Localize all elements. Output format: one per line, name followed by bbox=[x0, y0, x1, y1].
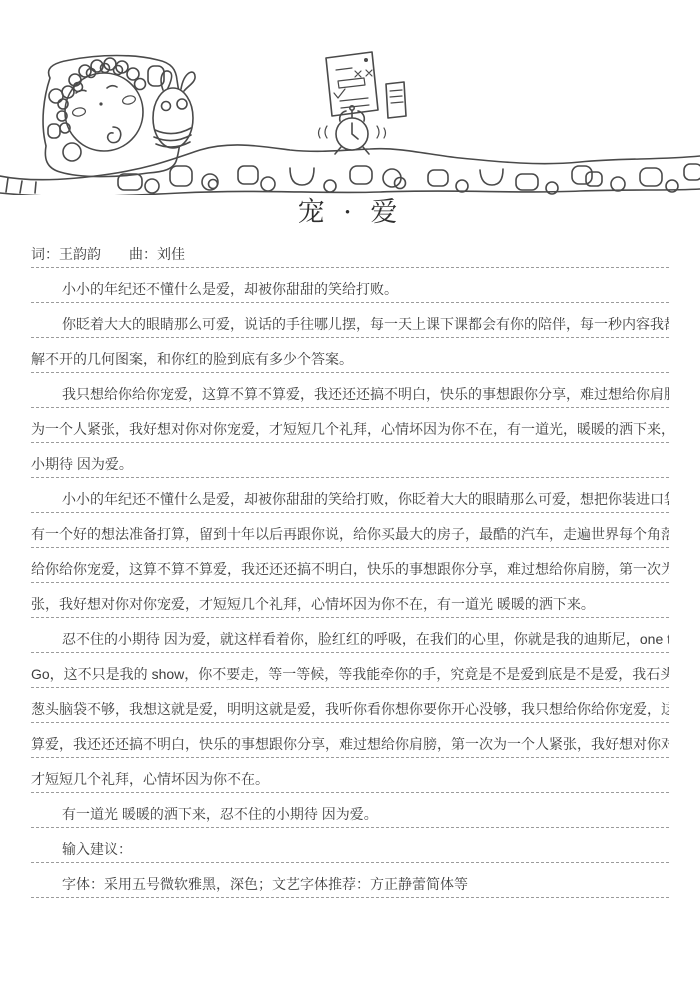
header-illustration bbox=[0, 0, 700, 195]
lyric-line: 小小的年纪还不懂什么是爱，却被你甜甜的笑给打败。 bbox=[31, 268, 669, 303]
lyric-line: 你眨着大大的眼睛那么可爱，说话的手往哪儿摆，每一天上课下课都会有你的陪伴，每一秒… bbox=[31, 303, 669, 338]
lyrics-sheet: 词：王韵韵 曲：刘佳 小小的年纪还不懂什么是爱，却被你甜甜的笑给打败。你眨着大大… bbox=[0, 233, 700, 898]
lyric-line: 才短短几个礼拜，心情坏因为你不在。 bbox=[31, 758, 669, 793]
lyric-line: 有一道光 暖暖的洒下来，忍不住的小期待 因为爱。 bbox=[31, 793, 669, 828]
test-papers-icon bbox=[326, 52, 406, 118]
lyric-line: 我只想给你给你宠爱，这算不算不算爱，我还还还搞不明白，快乐的事想跟你分享，难过想… bbox=[31, 373, 669, 408]
lyric-line: 输入建议： bbox=[31, 828, 669, 863]
credits-line: 词：王韵韵 曲：刘佳 bbox=[31, 233, 669, 268]
lyric-line: 张，我好想对你对你宠爱，才短短几个礼拜，心情坏因为你不在，有一道光 暖暖的洒下来… bbox=[31, 583, 669, 618]
plush-doll-icon bbox=[153, 71, 195, 148]
lyric-line: 算爱，我还还还搞不明白，快乐的事想跟你分享，难过想给你肩膀，第一次为一个人紧张，… bbox=[31, 723, 669, 758]
lyric-line: 为一个人紧张，我好想对你对你宠爱，才短短几个礼拜，心情坏因为你不在，有一道光，暖… bbox=[31, 408, 669, 443]
blanket-icon bbox=[0, 145, 700, 195]
lyrics-document-page: 宠 · 爱 词：王韵韵 曲：刘佳 小小的年纪还不懂什么是爱，却被你甜甜的笑给打败… bbox=[0, 0, 700, 990]
page-title: 宠 · 爱 bbox=[0, 195, 700, 233]
alarm-clock-icon bbox=[319, 106, 386, 154]
lyrics-lines: 小小的年纪还不懂什么是爱，却被你甜甜的笑给打败。你眨着大大的眼睛那么可爱，说话的… bbox=[31, 268, 669, 898]
lyric-line: 葱头脑袋不够，我想这就是爱，明明这就是爱，我听你看你想你要你开心没够，我只想给你… bbox=[31, 688, 669, 723]
lyric-line: 字体：采用五号微软雅黑，深色；文艺字体推荐：方正静蕾简体等 bbox=[31, 863, 669, 898]
lyric-line: 小期待 因为爱。 bbox=[31, 443, 669, 478]
lyric-line: 忍不住的小期待 因为爱，就这样看着你，脸红红的呼吸，在我们的心里，你就是我的迪斯… bbox=[31, 618, 669, 653]
sleeping-child-icon bbox=[57, 58, 146, 151]
lyric-line: 给你给你宠爱，这算不算不算爱，我还还还搞不明白，快乐的事想跟你分享，难过想给你肩… bbox=[31, 548, 669, 583]
lyric-line: 解不开的几何图案，和你红的脸到底有多少个答案。 bbox=[31, 338, 669, 373]
lyric-line: 有一个好的想法准备打算，留到十年以后再跟你说，给你买最大的房子，最酷的汽车，走遍… bbox=[31, 513, 669, 548]
lyric-line: 小小的年纪还不懂什么是爱，却被你甜甜的笑给打败，你眨着大大的眼睛那么可爱，想把你… bbox=[31, 478, 669, 513]
lyric-line: Go，这不只是我的 show，你不要走，等一等候，等我能牵你的手，究竟是不是爱到… bbox=[31, 653, 669, 688]
